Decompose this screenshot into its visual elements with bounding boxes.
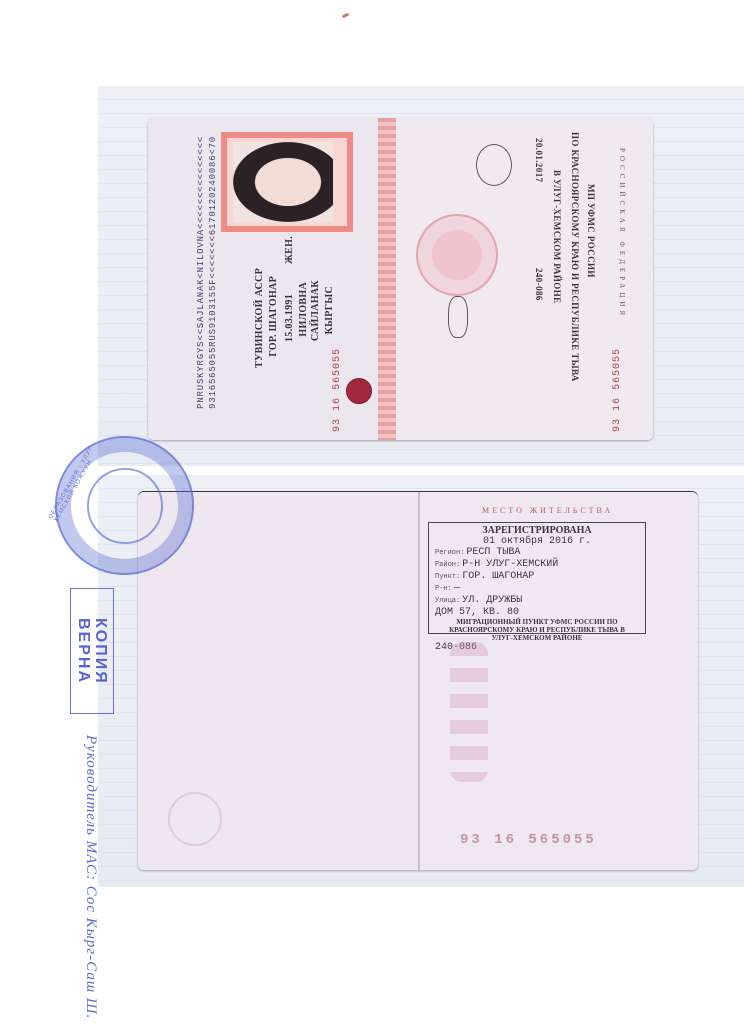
copy-certified-stamp: КОПИЯ ВЕРНА — [70, 588, 114, 714]
authority-line-1: МИГРАЦИОННЫЙ ПУНКТ УФМС РОССИИ ПО — [435, 618, 639, 626]
official-seal-icon — [416, 214, 498, 296]
holder-signature — [448, 296, 468, 338]
blank-page — [138, 492, 420, 870]
authority-line-2: КРАСНОЯРСКОМУ КРАЮ И РЕСПУБЛИКЕ ТЫВА В — [435, 626, 639, 634]
patronymic-value: НИЛОВНА — [298, 282, 309, 337]
dob-value: 15.03.1991 — [284, 294, 295, 342]
passport-spread-lower: МЕСТО ЖИТЕЛЬСТВА ЗАРЕГИСТРИРОВАНА 01 окт… — [138, 492, 698, 870]
row-label: Пункт: — [435, 573, 460, 581]
birthplace-line-2: ТУВИНСКОЙ АССР — [254, 268, 265, 368]
copy-stamp-line-1: КОПИЯ — [92, 618, 109, 685]
photo-page: PNRUSKYRGYS<<SAJLANAK<NILOVNA<<<<<<<<<<<… — [148, 118, 378, 440]
perforated-number: 93 16 565055 — [460, 832, 597, 848]
mrz-line-1: PNRUSKYRGYS<<SAJLANAK<NILOVNA<<<<<<<<<<<… — [196, 136, 206, 409]
stamp-date: 01 октября 2016 г. — [435, 536, 639, 547]
passport-emblem-icon — [346, 378, 372, 404]
holder-photo — [221, 132, 353, 232]
signature-mark — [476, 144, 512, 186]
copy-stamp-line-2: ВЕРНА — [75, 618, 92, 685]
row-label: Улица: — [435, 597, 460, 605]
round-stamp-icon: ОБРАЗОВАНИЯ · УЛУГ-ХЕМСКИЙ КОЖУУН — [55, 436, 194, 575]
passport-spread-upper: PNRUSKYRGYS<<SAJLANAK<NILOVNA<<<<<<<<<<<… — [148, 118, 653, 440]
subdistrict-value: — — [454, 583, 460, 594]
issued-by-line-1: МП УФМС РОССИИ — [586, 184, 596, 278]
serial-number-left: 93 16 565055 — [332, 348, 343, 432]
emblem-watermark-icon — [168, 792, 222, 846]
mrz-line-2: 9316565055RUS9103155F<<<<<<<617012024008… — [208, 136, 218, 409]
issued-by-line-3: В УЛУГ-ХЕМСКОМ РАЙОНЕ — [552, 170, 562, 304]
given-name-value: САЙЛАНАК — [310, 280, 321, 341]
birthplace-line-1: ГОР. ШАГОНАР — [268, 276, 279, 357]
handwritten-note: Руководитель МАС: Сос Кырг-Саш Ш. — [82, 735, 99, 1019]
security-strip — [378, 118, 396, 440]
surname-value: КЫРГЫС — [324, 286, 335, 334]
residence-page: МЕСТО ЖИТЕЛЬСТВА ЗАРЕГИСТРИРОВАНА 01 окт… — [420, 492, 698, 870]
region-value: РЕСП ТЫВА — [466, 547, 520, 558]
row-label: Регион: — [435, 549, 464, 557]
sex-value: ЖЕН. — [284, 236, 295, 264]
row-label: Район: — [435, 561, 460, 569]
residence-title: МЕСТО ЖИТЕЛЬСТВА — [482, 506, 613, 515]
department-code: 240-086 — [534, 268, 544, 301]
locality-value: ГОР. ШАГОНАР — [462, 571, 534, 582]
guilloche-pattern — [450, 642, 488, 782]
district-value: Р-Н УЛУГ-ХЕМСКИЙ — [462, 559, 558, 570]
issue-page: РОССИЙСКАЯ ФЕДЕРАЦИЯ МП УФМС РОССИИ ПО К… — [396, 118, 653, 440]
registration-stamp: ЗАРЕГИСТРИРОВАНА 01 октября 2016 г. Реги… — [428, 522, 646, 634]
house-line: ДОМ 57, КВ. 80 — [435, 607, 639, 618]
authority-line-3: УЛУГ-ХЕМСКОМ РАЙОНЕ — [435, 634, 639, 642]
row-label: Р-н: — [435, 585, 452, 593]
scan-speck — [342, 13, 350, 19]
serial-number-right: 93 16 565055 — [612, 348, 623, 432]
stamp-heading: ЗАРЕГИСТРИРОВАНА — [435, 525, 639, 536]
issue-date: 20.01.2017 — [534, 138, 544, 183]
issued-by-line-2: ПО КРАСНОЯРСКОМУ КРАЮ И РЕСПУБЛИКЕ ТЫВА — [570, 132, 580, 382]
country-header: РОССИЙСКАЯ ФЕДЕРАЦИЯ — [618, 148, 626, 319]
street-value: УЛ. ДРУЖБЫ — [462, 595, 522, 606]
